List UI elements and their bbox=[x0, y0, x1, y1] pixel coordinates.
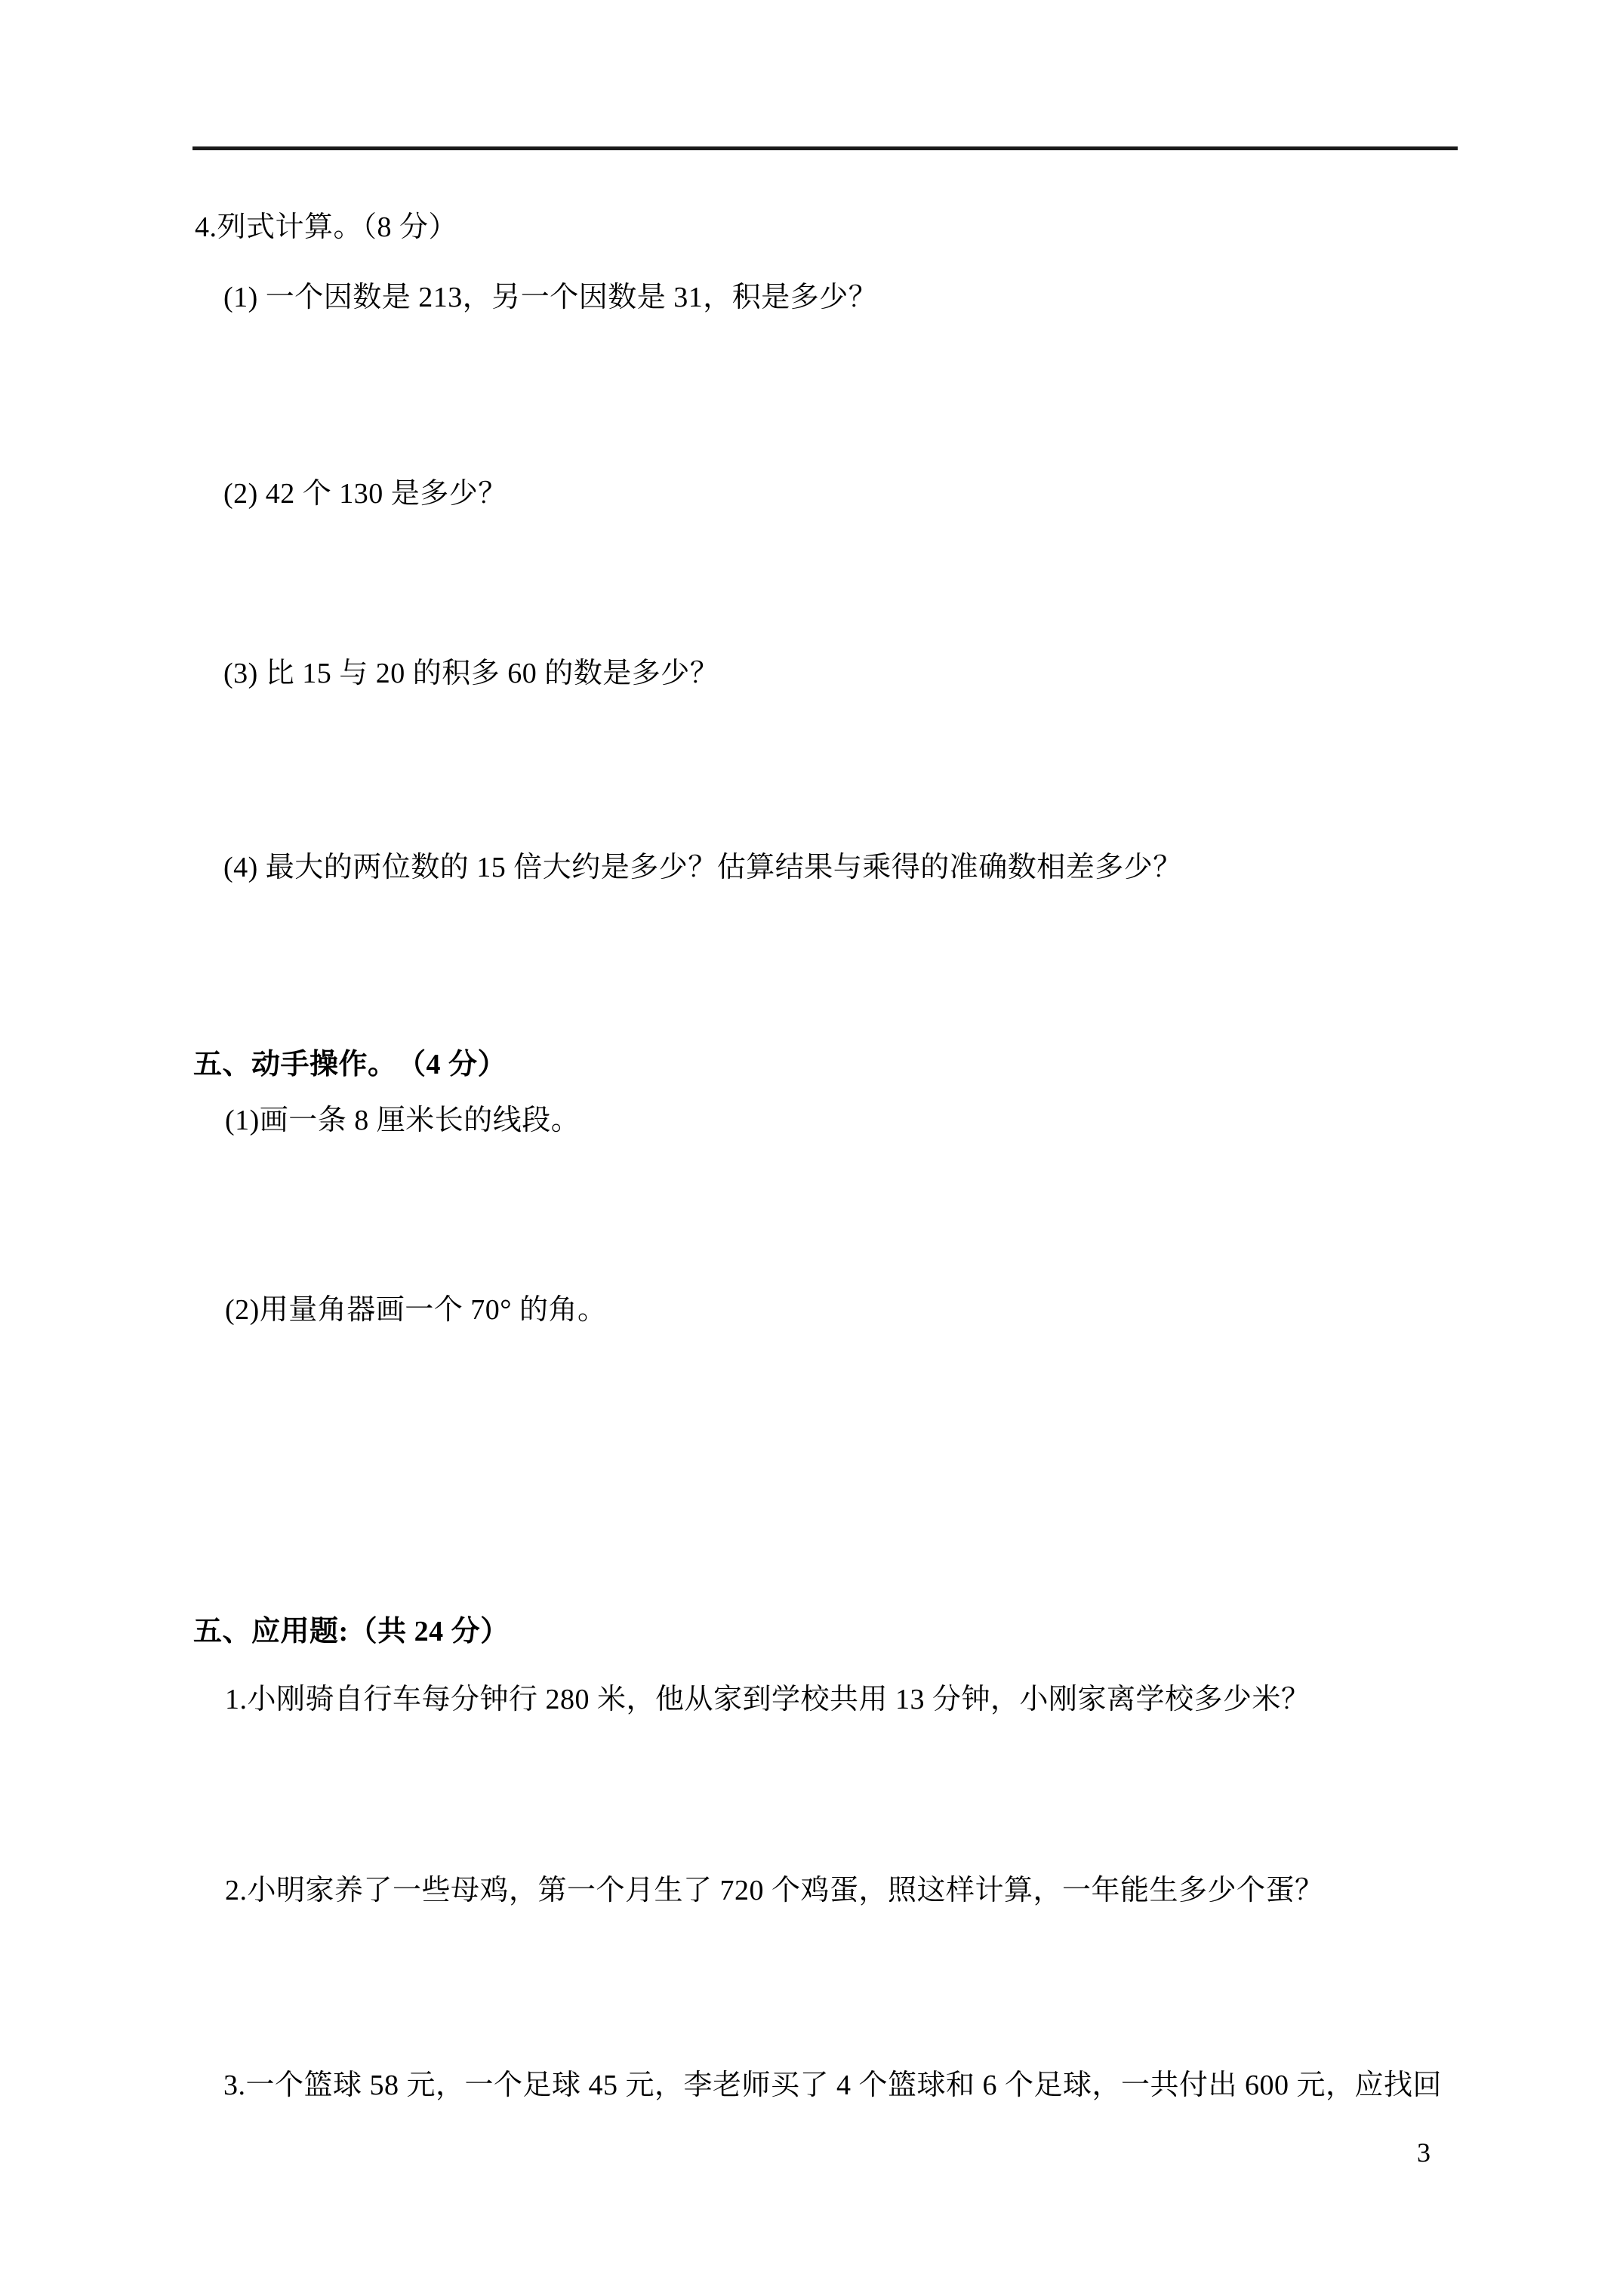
worksheet-page: 4.列式计算。（8 分） (1) 一个因数是 213，另一个因数是 31，积是多… bbox=[0, 0, 1623, 2296]
section-listed-calculation-title: 4.列式计算。（8 分） bbox=[195, 210, 457, 245]
section-hands-on-title: 五、动手操作。 （4 分） bbox=[193, 1047, 507, 1082]
applied-item-1: 1.小刚骑自行车每分钟行 280 米，他从家到学校共用 13 分钟，小刚家离学校… bbox=[225, 1682, 1310, 1717]
listed-calculation-item-4: (4) 最大的两位数的 15 倍大约是多少？估算结果与乘得的准确数相差多少？ bbox=[223, 850, 1182, 885]
listed-calculation-item-3: (3) 比 15 与 20 的积多 60 的数是多少？ bbox=[223, 656, 719, 691]
section-applied-title: 五、应用题:（共 24 分） bbox=[193, 1614, 510, 1649]
listed-calculation-item-2: (2) 42 个 130 是多少？ bbox=[223, 476, 507, 511]
listed-calculation-item-1: (1) 一个因数是 213，另一个因数是 31，积是多少？ bbox=[223, 280, 877, 315]
page-number: 3 bbox=[1417, 2135, 1431, 2170]
hands-on-item-1: (1)画一条 8 厘米长的线段。 bbox=[225, 1103, 580, 1138]
applied-item-2: 2.小明家养了一些母鸡，第一个月生了 720 个鸡蛋，照这样计算，一年能生多少个… bbox=[225, 1873, 1324, 1908]
header-rule bbox=[192, 146, 1458, 150]
applied-item-3: 3.一个篮球 58 元，一个足球 45 元，李老师买了 4 个篮球和 6 个足球… bbox=[223, 2068, 1442, 2103]
hands-on-item-2: (2)用量角器画一个 70° 的角。 bbox=[225, 1293, 607, 1327]
